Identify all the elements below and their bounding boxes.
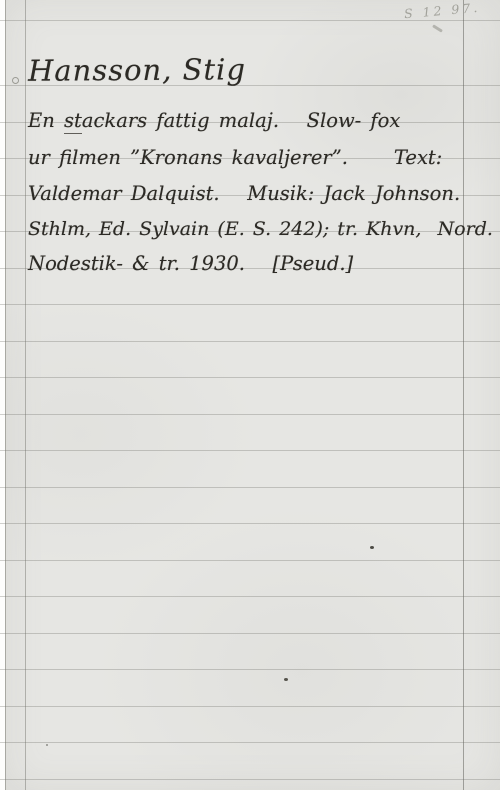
ruled-line	[0, 450, 500, 451]
entry-line-4: Sthlm, Ed. Sylvain (E. S. 242); tr. Khvn…	[28, 218, 493, 240]
ruled-line	[0, 487, 500, 488]
card-heading-name: Hansson, Stig	[28, 52, 246, 88]
ruled-line	[0, 377, 500, 378]
entry-line-1-post: ackars fattig malaj. Slow- fox	[82, 109, 401, 132]
ruled-line	[0, 633, 500, 634]
scanned-catalog-card: S 12 97. Hansson, Stig En stackars fatti…	[0, 0, 500, 790]
paper-speck	[12, 77, 19, 84]
entry-line-2: ur filmen ”Kronans kavaljerer”. Text:	[28, 146, 442, 169]
entry-line-1-filing-underline: st	[64, 109, 82, 134]
entry-line-1: En stackars fattig malaj. Slow- fox	[28, 109, 400, 132]
right-margin-line	[463, 0, 464, 790]
ruled-line	[0, 669, 500, 670]
ruled-line	[0, 523, 500, 524]
ruled-line	[0, 706, 500, 707]
ruled-line	[0, 304, 500, 305]
ruled-line	[0, 20, 500, 21]
entry-line-1-pre: En	[28, 109, 64, 132]
ink-speck	[284, 678, 288, 681]
entry-line-5: Nodestik- & tr. 1930. [Pseud.]	[28, 252, 353, 275]
entry-line-3: Valdemar Dalquist. Musik: Jack Johnson.	[28, 182, 460, 205]
ruled-line	[0, 560, 500, 561]
ruled-line	[0, 596, 500, 597]
ruled-line	[0, 779, 500, 780]
left-margin-line	[25, 0, 26, 790]
ink-speck	[370, 546, 374, 549]
ruled-line	[0, 414, 500, 415]
ruled-line	[0, 341, 500, 342]
paper-speck	[46, 744, 48, 746]
ruled-line	[0, 742, 500, 743]
